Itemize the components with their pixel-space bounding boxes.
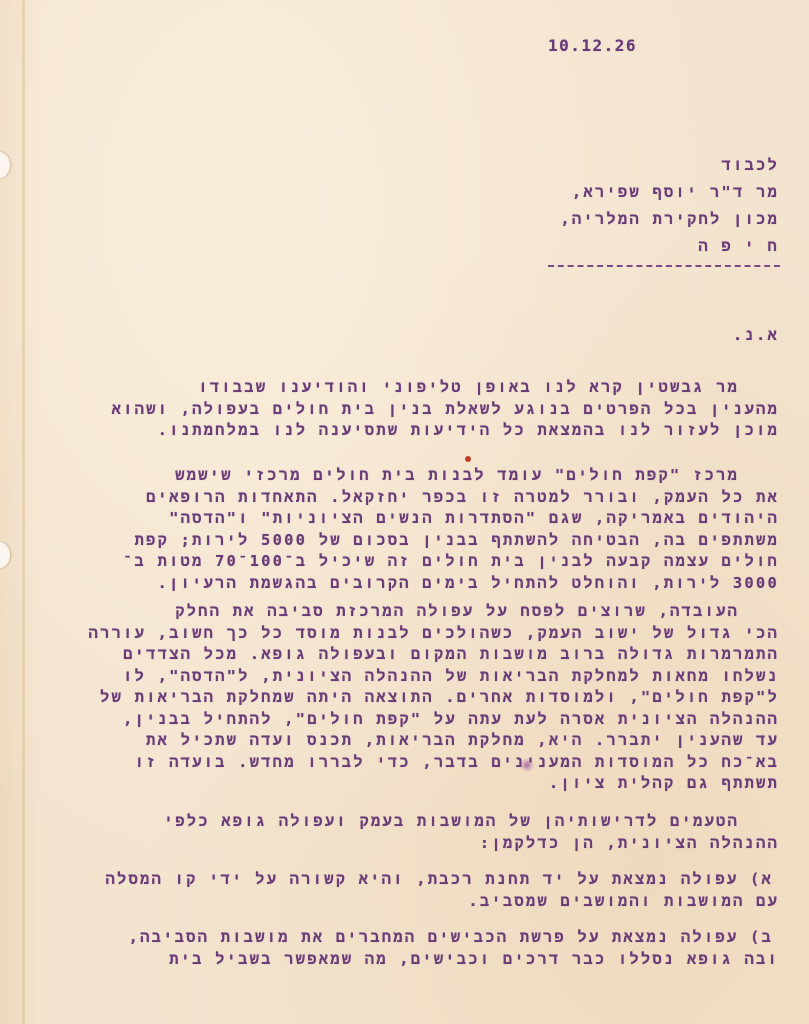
letter-date: 10.12.26 xyxy=(548,36,637,55)
red-ink-mark xyxy=(465,456,471,462)
recipient-institution: מכון לחקירת המלריה, xyxy=(560,210,779,229)
paragraph-3-line: נשלחו מחאות למחלקת הבריאות של ההנהלה הצי… xyxy=(123,667,779,686)
paragraph-2-line: משתתפים בה, הבטיחה להשתתף בבנין בסכום של… xyxy=(134,531,779,550)
paragraph-3-line: ל"קפת חולים", ולמוסדות אחרים. התוצאה הית… xyxy=(100,688,779,707)
recipient-name: מר ד"ר יוסף שפירא, xyxy=(572,183,779,202)
paper-fold xyxy=(22,0,25,1024)
paragraph-3-line: הכי גדול של ישוב העמק, כשהולכים לבנות מו… xyxy=(89,624,779,643)
paragraph-1-line: מוכן לעזור לנו בהמצאת כל הידיעות שתסיענה… xyxy=(158,421,779,440)
paragraph-2-line: חולים עצמה קבעה לבנין בית חולים זה שיכיל… xyxy=(123,552,779,571)
paragraph-3-line: תשתתף גם קהלית ציון. xyxy=(549,774,779,793)
paragraph-4-line: הטעמים לדרישותיהן של המושבות בעמק ועפולה… xyxy=(164,812,739,831)
recipient-salutation: לכבוד xyxy=(721,156,779,175)
paragraph-3-line: עד שהענין יתברר. היא, מחלקת הבריאות, תכנ… xyxy=(146,731,779,750)
punch-hole-bottom xyxy=(0,542,10,568)
paragraph-2-line: מרכז "קפת חולים" עומד לבנות בית חולים מר… xyxy=(175,466,739,485)
paragraph-3-line: ההנהלה הציונית אסרה לעת עתה על "קפת חולי… xyxy=(123,710,779,729)
recipient-city: ח י פ ה xyxy=(698,237,779,256)
paragraph-3-line: העובדה, שרוצים לפסח על עפולה המרכזת סביב… xyxy=(175,602,739,621)
paragraph-4-line: ההנהלה הציונית, הן כדלקמן: xyxy=(480,834,779,853)
paragraph-5-line: א) עפולה נמצאת על יד תחנת רכבת, והיא קשו… xyxy=(105,870,773,889)
paragraph-1-line: מהענין בכל הפרטים בנוגע לשאלת בנין בית ח… xyxy=(112,400,779,419)
paragraph-5-line: עם המושבות והמושבים שמסביב. xyxy=(468,892,779,911)
dashed-rule xyxy=(548,265,780,267)
paragraph-3-line: התמרמרות גדולה ברוב מושבות המקום ובעפולה… xyxy=(123,645,779,664)
paragraph-2-line: את כל העמק, ובורר למטרה זו בכפר יחזקאל. … xyxy=(146,488,779,507)
opening-greeting: א.נ. xyxy=(733,326,779,345)
paragraph-6-line: ב) עפולה נמצאת על פרשת הכבישים המחברים א… xyxy=(129,928,773,947)
paragraph-2-line: 3000 לירות, והוחלט להתחיל בימים הקרובים … xyxy=(158,574,780,593)
paragraph-6-line: ובה גופא נסללו כבר דרכים וכבישים, מה שמא… xyxy=(169,950,779,969)
paragraph-2-line: היהודים באמריקה, שגם "הסתדרות הנשים הציו… xyxy=(169,509,779,528)
paragraph-1-line: מר גבשטין קרא לנו באופן טליפוני והודיענו… xyxy=(198,378,739,397)
letter-page: 10.12.26 לכבוד מר ד"ר יוסף שפירא, מכון ל… xyxy=(0,0,809,1024)
paragraph-3-line: בא־כח כל המוסדות המענינים בדבר, כדי לברר… xyxy=(135,753,779,772)
punch-hole-top xyxy=(0,152,10,178)
